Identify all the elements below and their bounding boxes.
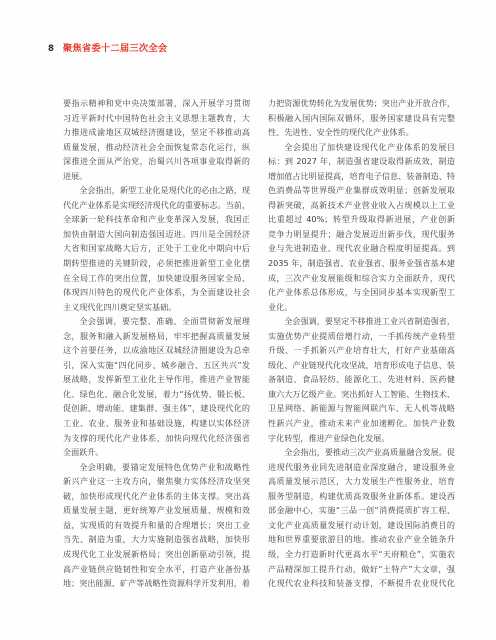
magazine-page: 8 聚焦省委十二届三次全会 要指示精神和党中央决策部署，深入开展学习贯彻习近平新… <box>0 0 496 640</box>
section-title: 聚焦省委十二届三次全会 <box>63 40 167 54</box>
text-line: 服务型制造，构建优质高效服务业新体系。建设西 <box>268 489 455 504</box>
text-line: 备制造、食品轻纺、能源化工、先进材料、医药健 <box>268 372 455 387</box>
text-line: 升级、一手抓新兴产业培育壮大，打好产业基础高 <box>268 343 455 358</box>
text-line: 竞争力明显提升；融合发展迈出新步伐，现代服务 <box>268 227 455 242</box>
paragraph: 全会强调，要坚定不移推进工业兴省制造强省，实施优势产业提质倍增行动，一手抓传统产… <box>268 314 455 445</box>
text-line: 全会明确，要锚定发展特色优势产业和战略性 <box>63 460 250 475</box>
text-line: 力把资源优势转化为发展优势；突出产业开放合作， <box>268 96 455 111</box>
text-line: 色消费品等世界级产业集群成效明显；创新发展取 <box>268 183 455 198</box>
text-line: 在全局工作的突出位置，加快建设服务国家全局、 <box>63 271 250 286</box>
text-line: 比重超过 40%；转型升级取得新进展，产业创新力、 <box>268 212 455 227</box>
text-line: 工业、农业、服务业和基础设施，构建以实体经济 <box>63 416 250 431</box>
text-line: 高产业链供应链韧性和安全水平，打造产业备份基 <box>63 562 250 577</box>
paragraph: 全会指出，新型工业化是现代化的必由之路，现代化产业体系是实现经济现代化的重要标志… <box>63 183 250 314</box>
text-line: 加快由制造大国向制造强国迈进。四川是全国经济 <box>63 227 250 242</box>
text-line: 进展。 <box>63 169 250 184</box>
text-line: 质量发展主题，更好统筹产业发展质量、规模和效 <box>63 503 250 518</box>
text-line: 业与先进制造业、现代农业融合程度明显提高。到 <box>268 241 455 256</box>
text-line: 全面跃升。 <box>63 445 250 460</box>
text-line: 卫星网络、新能源与智能网联汽车、无人机等战略 <box>268 401 455 416</box>
text-line: 标：到 2027 年，制造强省建设取得新成效，制造业 <box>268 154 455 169</box>
text-line: 积极融入国内国际双循环，服务国家建设具有完整 <box>268 111 455 126</box>
article-body: 要指示精神和党中央决策部署，深入开展学习贯彻习近平新时代中国特色社会主义思想主题… <box>63 96 455 591</box>
text-column-left: 要指示精神和党中央决策部署，深入开展学习贯彻习近平新时代中国特色社会主义思想主题… <box>63 96 250 591</box>
text-line: 实施优势产业提质倍增行动，一手抓传统产业转型 <box>268 329 455 344</box>
text-line: 体现四川特色的现代化产业体系，为全面建设社会 <box>63 285 250 300</box>
text-line: 全会指出，要推动三次产业高质量融合发展。促 <box>268 445 455 460</box>
page-header: 8 聚焦省委十二届三次全会 <box>48 40 167 54</box>
text-line: 破，加快形成现代化产业体系的主体支撑。突出高 <box>63 489 250 504</box>
text-line: 字化转型，推进产业绿色化发展。 <box>268 431 455 446</box>
text-line: 康六大万亿级产业。突出抓好人工智能、生物技术、 <box>268 387 455 402</box>
text-line: 为支撑的现代化产业体系，加快向现代化经济强省 <box>63 431 250 446</box>
paragraph: 要指示精神和党中央决策部署，深入开展学习贯彻习近平新时代中国特色社会主义思想主题… <box>63 96 250 183</box>
text-column-right: 力把资源优势转化为发展优势；突出产业开放合作，积极融入国内国际双循环，服务国家建… <box>268 96 455 591</box>
text-line: 高质量发展示范区，大力发展生产性服务业，培育 <box>268 474 455 489</box>
page-number: 8 <box>48 44 54 54</box>
text-line: 地和世界重要旅游目的地。推动农业产业全链条升 <box>268 532 455 547</box>
text-line: 性、先进性、安全性的现代化产业体系。 <box>268 125 455 140</box>
text-line: 代化产业体系是实现经济现代化的重要标志。当前， <box>63 198 250 213</box>
text-line: 引，深入实施“四化同步、城乡融合、五区共兴”发 <box>63 358 250 373</box>
text-line: 力推进成渝地区双城经济圈建设，坚定不移推动高 <box>63 125 250 140</box>
text-line: 念，服务和融入新发展格局，牢牢把握高质量发展 <box>63 329 250 344</box>
text-line: 全会指出，新型工业化是现代化的必由之路，现 <box>63 183 250 198</box>
paragraph: 全会明确，要锚定发展特色优势产业和战略性新兴产业这一主攻方向，聚焦聚力实体经济攻… <box>63 460 250 591</box>
text-line: 要指示精神和党中央决策部署，深入开展学习贯彻 <box>63 96 250 111</box>
text-line: 全会强调，要完整、准确、全面贯彻新发展理 <box>63 314 250 329</box>
paragraph: 全会指出，要推动三次产业高质量融合发展。促进现代服务业同先进制造业深度融合，建设… <box>268 445 455 590</box>
text-line: 全会提出了加快建设现代化产业体系的发展目 <box>268 140 455 155</box>
text-line: 新兴产业这一主攻方向，聚焦聚力实体经济攻坚突 <box>63 474 250 489</box>
text-line: 当先、制造为重，大力实施制造强省战略，加快形 <box>63 532 250 547</box>
text-line: 产品精深加工提升行动，做好“土特产”大文章，强 <box>268 562 455 577</box>
text-line: 化产业体系总体形成，与全国同步基本实现新型工 <box>268 285 455 300</box>
text-line: 成现代化工业发展新格局；突出创新驱动引领，提 <box>63 547 250 562</box>
text-line: 文化产业高质量发展行动计划，建设国际消费目的 <box>268 518 455 533</box>
text-line: 促创新、增动能、建集群、强主体”，建设现代化的 <box>63 401 250 416</box>
text-line: 化、绿色化、融合化发展，着力“扬优势、锻长板、 <box>63 387 250 402</box>
text-line: 化现代农业科技和装备支撑，不断提升农业现代化 <box>268 576 455 591</box>
text-line: 增加值占比明显提高，培育电子信息、装备制造、特 <box>268 169 455 184</box>
text-line: 期转型推进的关键阶段，必须把推进新型工业化摆 <box>63 256 250 271</box>
text-line: 全球新一轮科技革命和产业变革深入发展，我国正 <box>63 212 250 227</box>
text-line: 进现代服务业同先进制造业深度融合，建设服务业 <box>268 460 455 475</box>
text-line: 主义现代化四川奠定坚实基础。 <box>63 300 250 315</box>
paragraph: 力把资源优势转化为发展优势；突出产业开放合作，积极融入国内国际双循环，服务国家建… <box>268 96 455 140</box>
text-line: 益，实现质的有效提升和量的合理增长；突出工业 <box>63 518 250 533</box>
text-line: 性新兴产业，推动未来产业加速孵化。加快产业数 <box>268 416 455 431</box>
text-line: 展战略，发挥新型工业化主导作用，推进产业智能 <box>63 372 250 387</box>
text-line: 大省和国家战略大后方，正处于工业化中期向中后 <box>63 241 250 256</box>
text-line: 质量发展，推动经济社会全面恢复常态化运行，纵 <box>63 140 250 155</box>
text-line: 部金融中心，实施“三品一创”消费提质扩容工程、 <box>268 503 455 518</box>
text-line: 成，三次产业发展能级和综合实力全面跃升，现代 <box>268 271 455 286</box>
paragraph: 全会提出了加快建设现代化产业体系的发展目标：到 2027 年，制造强省建设取得新… <box>268 140 455 315</box>
text-line: 地；突出能源、矿产等战略性资源科学开发利用，着 <box>63 576 250 591</box>
text-line: 这个首要任务，以成渝地区双城经济圈建设为总牵 <box>63 343 250 358</box>
paragraph: 全会强调，要完整、准确、全面贯彻新发展理念，服务和融入新发展格局，牢牢把握高质量… <box>63 314 250 459</box>
text-line: 级化、产业链现代化攻坚战，培育形成电子信息、装 <box>268 358 455 373</box>
text-line: 级，全力打造新时代更高水平“天府粮仓”，实施农 <box>268 547 455 562</box>
text-line: 全会强调，要坚定不移推进工业兴省制造强省， <box>268 314 455 329</box>
text-line: 深推进全面从严治党，治蜀兴川各项事业取得新的 <box>63 154 250 169</box>
text-line: 业化。 <box>268 300 455 315</box>
text-line: 2035 年，制造强省、农业强省、服务业强省基本建 <box>268 256 455 271</box>
text-line: 习近平新时代中国特色社会主义思想主题教育，大 <box>63 111 250 126</box>
text-line: 得新突破，高新技术产业营业收入占规模以上工业 <box>268 198 455 213</box>
